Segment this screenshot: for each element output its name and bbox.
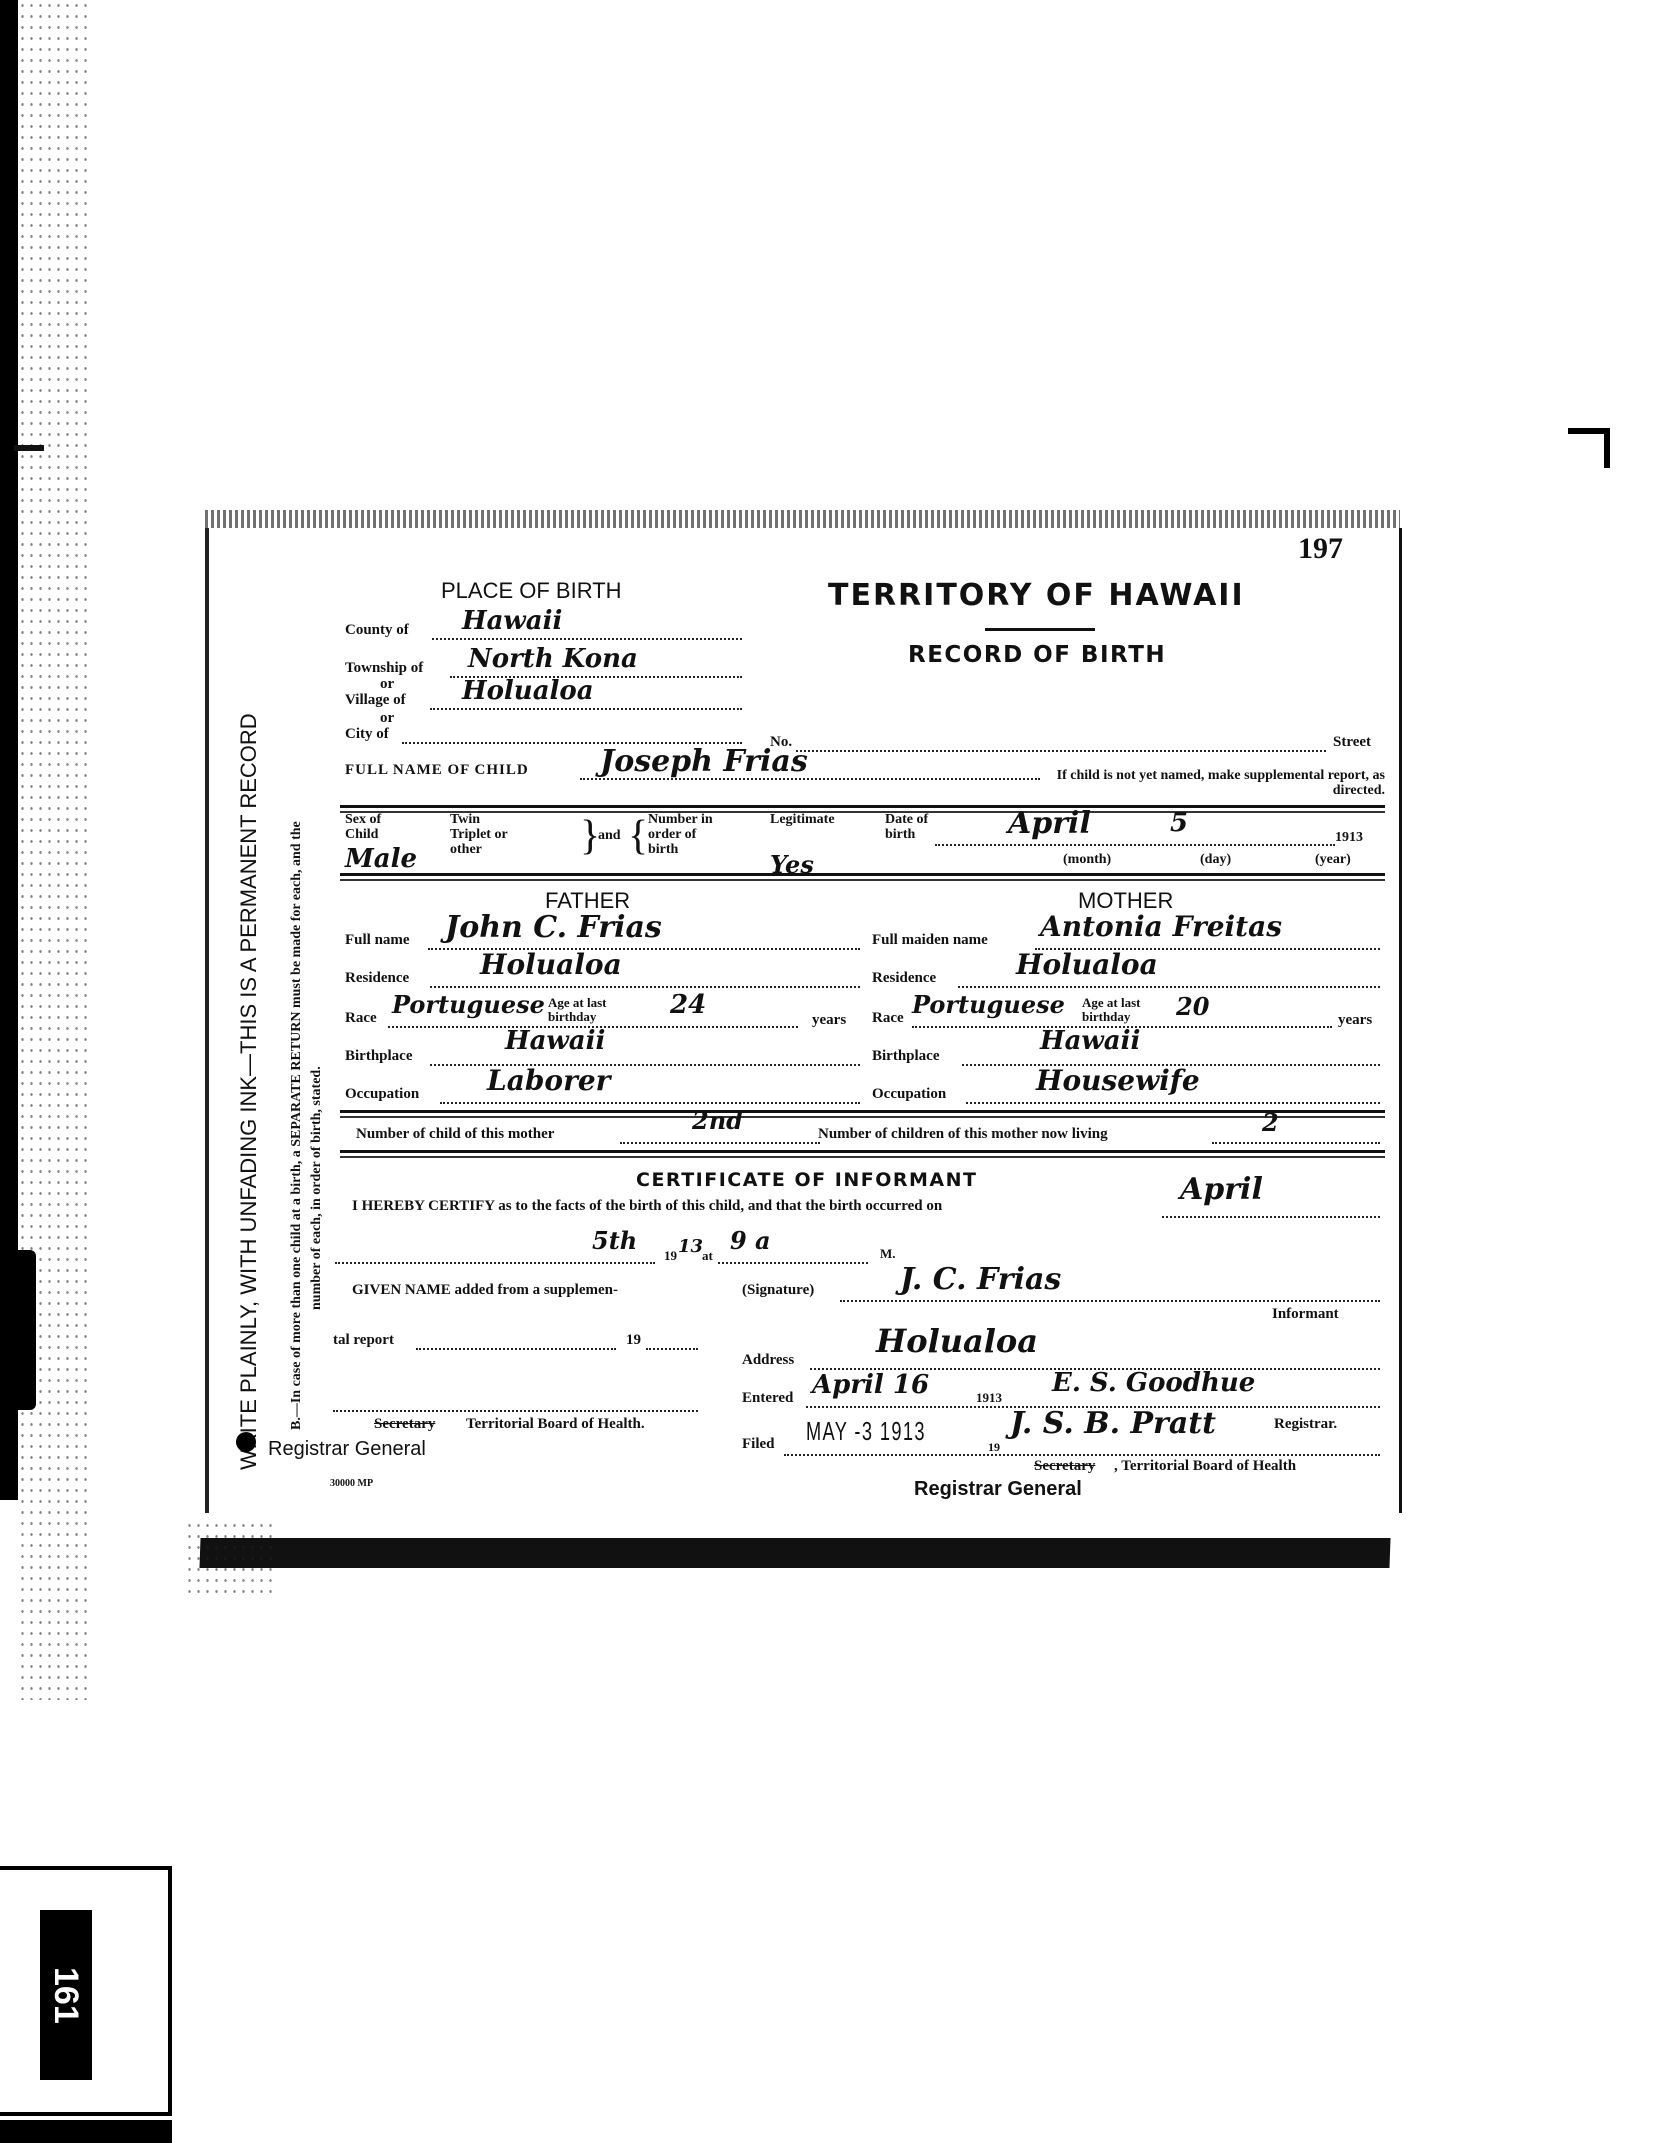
- secretary-label: Secretary: [374, 1416, 435, 1433]
- mother-name-value: Antonia Freitas: [1040, 910, 1282, 943]
- registrar-general-left: Registrar General: [268, 1438, 426, 1461]
- occurred-day-value: 5th: [592, 1226, 637, 1255]
- father-years-label: years: [812, 1012, 846, 1029]
- or-label: or: [380, 710, 394, 727]
- supplemental-note: If child is not yet named, make suppleme…: [1045, 768, 1385, 798]
- father-birthplace-label: Birthplace: [345, 1048, 413, 1065]
- dob-month-value: April: [1008, 806, 1091, 841]
- form-number: 197: [1298, 532, 1343, 566]
- certify-text: I HEREBY CERTIFY as to the facts of the …: [352, 1198, 942, 1215]
- side-note-line-2: number of each, in order of birth, state…: [307, 821, 327, 1430]
- crop-corner-mark-icon: [1568, 428, 1610, 468]
- street-no-field[interactable]: [796, 736, 1326, 752]
- scan-speckle: [185, 1520, 275, 1600]
- mother-race-value: Portuguese: [912, 990, 1065, 1019]
- section-divider: [340, 805, 1385, 808]
- filed-board-label: , Territorial Board of Health: [1114, 1458, 1296, 1475]
- father-age-value: 24: [670, 990, 706, 1020]
- month-caption: (month): [1063, 852, 1111, 868]
- township-label: Township of: [345, 660, 423, 677]
- village-value: Holualoa: [462, 676, 594, 706]
- given-name-year: 19: [626, 1332, 641, 1349]
- township-value: North Kona: [468, 644, 638, 674]
- certificate-heading: CERTIFICATE OF INFORMANT: [636, 1169, 977, 1191]
- section-divider: [340, 1150, 1385, 1153]
- mother-residence-value: Holualoa: [1016, 948, 1158, 981]
- child-name-label: FULL NAME OF CHILD: [345, 762, 529, 779]
- form-title: TERRITORY OF HAWAII: [828, 578, 1245, 613]
- or-label: or: [380, 676, 394, 693]
- at-label: at: [702, 1248, 713, 1264]
- informant-label: Informant: [1272, 1306, 1339, 1323]
- dob-day-value: 5: [1170, 808, 1188, 838]
- father-occupation-value: Laborer: [487, 1064, 610, 1097]
- section-divider: [340, 1116, 1385, 1118]
- title-divider: [985, 628, 1095, 631]
- child-name-value: Joseph Frias: [600, 744, 808, 779]
- section-divider: [340, 1156, 1385, 1158]
- village-label: Village of: [345, 692, 406, 709]
- signature-value: J. C. Frias: [900, 1262, 1061, 1297]
- filed-label: Filed: [742, 1436, 775, 1453]
- father-name-label: Full name: [345, 932, 410, 949]
- street-label: Street: [1333, 734, 1371, 751]
- legitimate-label: Legitimate: [770, 812, 822, 827]
- brace-right: {: [628, 812, 648, 860]
- birth-order-label: Number in order of birth: [648, 812, 723, 857]
- child-number-value: 2nd: [692, 1106, 743, 1135]
- sex-value: Male: [345, 844, 427, 876]
- father-residence-value: Holualoa: [480, 948, 622, 981]
- sex-label: Sex of Child: [345, 812, 405, 842]
- section-divider: [340, 879, 1385, 881]
- mother-name-label: Full maiden name: [872, 932, 988, 949]
- scan-speckle: [18, 0, 88, 1700]
- given-name-field[interactable]: [416, 1334, 616, 1350]
- children-living-label: Number of children of this mother now li…: [818, 1126, 1108, 1143]
- filed-secretary-label: Secretary: [1034, 1458, 1095, 1475]
- signature-label: (Signature): [742, 1282, 814, 1299]
- side-instruction-main: WRITE PLAINLY, WITH UNFADING INK—THIS IS…: [236, 713, 262, 1470]
- children-living-field[interactable]: [1212, 1128, 1380, 1144]
- father-race-label: Race: [345, 1010, 377, 1027]
- occurred-month-value: April: [1180, 1172, 1263, 1207]
- entered-label: Entered: [742, 1390, 793, 1407]
- mother-age-value: 20: [1176, 992, 1209, 1021]
- father-occupation-label: Occupation: [345, 1086, 419, 1103]
- entered-year: 1913: [976, 1390, 1002, 1406]
- given-name-year-field[interactable]: [646, 1334, 698, 1350]
- child-number-label: Number of child of this mother: [356, 1126, 554, 1143]
- father-birthplace-value: Hawaii: [505, 1026, 605, 1056]
- county-label: County of: [345, 622, 409, 639]
- secretary-signature-field[interactable]: [333, 1396, 698, 1412]
- address-value: Holualoa: [876, 1322, 1038, 1360]
- ink-blot: [236, 1432, 256, 1452]
- filed-19: 19: [988, 1440, 1000, 1455]
- print-code: 30000 MP: [330, 1478, 373, 1489]
- mother-birthplace-label: Birthplace: [872, 1048, 940, 1065]
- side-instruction-note: B.—In case of more than one child at a b…: [287, 821, 327, 1430]
- city-field[interactable]: [402, 726, 742, 744]
- twin-label: Twin Triplet or other: [450, 812, 520, 857]
- mother-race-label: Race: [872, 1010, 904, 1027]
- form-subtitle: RECORD OF BIRTH: [908, 642, 1166, 668]
- mother-occupation-label: Occupation: [872, 1086, 946, 1103]
- children-living-value: 2: [1262, 1108, 1279, 1137]
- filed-date-stamp: MAY -3 1913: [806, 1416, 926, 1447]
- card-top-edge: [205, 510, 1400, 530]
- place-of-birth-heading: PLACE OF BIRTH: [441, 578, 622, 604]
- mother-years-label: years: [1338, 1012, 1372, 1029]
- mother-age-label: Age at last birthday: [1082, 996, 1174, 1024]
- entered-date-value: April 16: [812, 1370, 929, 1400]
- scan-left-tab: [4, 1250, 36, 1410]
- given-name-label-cont: tal report: [333, 1332, 394, 1349]
- given-name-label: GIVEN NAME added from a supplemen-: [352, 1282, 618, 1299]
- address-label: Address: [742, 1352, 794, 1369]
- day-caption: (day): [1200, 852, 1231, 868]
- time-value: 9 a: [730, 1226, 771, 1255]
- county-value: Hawaii: [462, 606, 562, 636]
- occurred-year-value: 13: [678, 1236, 703, 1257]
- section-divider: [340, 873, 1385, 876]
- mother-birthplace-value: Hawaii: [1040, 1026, 1140, 1056]
- and-label: and: [598, 828, 621, 844]
- city-label: City of: [345, 726, 389, 743]
- father-residence-label: Residence: [345, 970, 409, 987]
- mother-residence-label: Residence: [872, 970, 936, 987]
- year-caption: (year): [1315, 852, 1351, 868]
- registrar-label: Registrar.: [1274, 1416, 1337, 1433]
- meridiem-label: M.: [880, 1246, 896, 1262]
- father-race-value: Portuguese: [392, 990, 545, 1019]
- dob-field[interactable]: [935, 830, 1335, 846]
- section-divider: [340, 1110, 1385, 1113]
- film-frame-number: 161: [40, 1910, 92, 2080]
- side-note-line-1: B.—In case of more than one child at a b…: [287, 821, 307, 1430]
- father-age-label: Age at last birthday: [548, 996, 640, 1024]
- registrar-general-right: Registrar General: [914, 1478, 1082, 1501]
- mother-occupation-value: Housewife: [1036, 1064, 1200, 1097]
- year-prefix: 19: [664, 1248, 677, 1264]
- film-frame-bar: [0, 2120, 172, 2143]
- card-bottom-shadow: [199, 1538, 1390, 1568]
- entered-registrar-signature: E. S. Goodhue: [1052, 1368, 1255, 1398]
- filed-signature: J. S. B. Pratt: [1010, 1406, 1216, 1441]
- board-label: Territorial Board of Health.: [466, 1416, 645, 1433]
- dob-year-value: 1913: [1335, 830, 1363, 846]
- father-name-value: John C. Frias: [445, 910, 662, 945]
- scan-notch: [14, 445, 44, 451]
